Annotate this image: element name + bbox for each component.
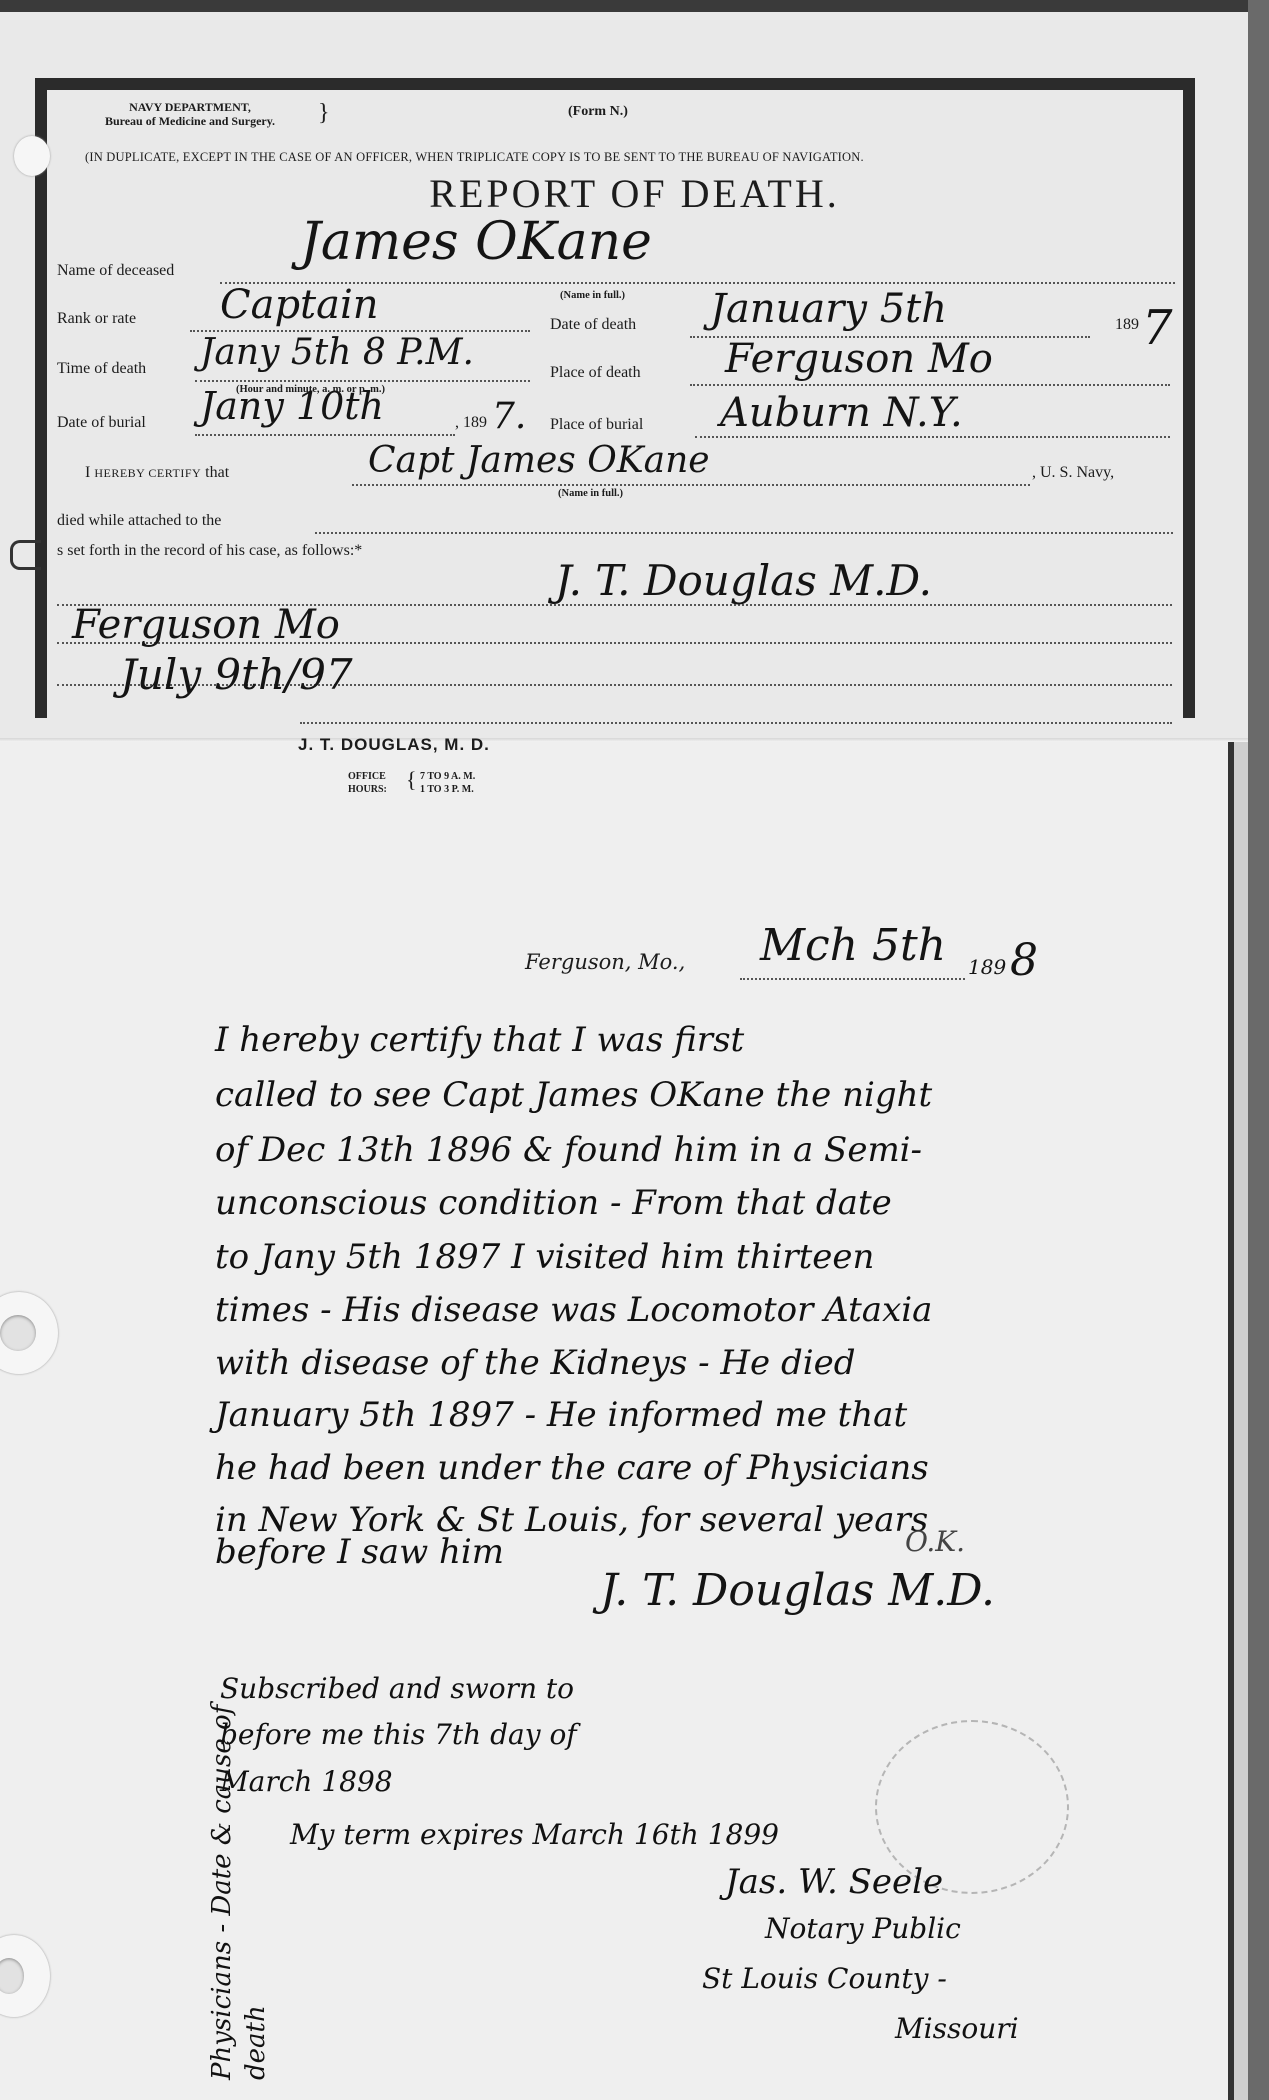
certify-name-value[interactable]: Capt James OKane (368, 440, 710, 481)
office-hours-label: OFFICE HOURS: (348, 770, 387, 796)
letter-line: he had been under the care of Physicians (215, 1448, 929, 1488)
page-fold (0, 738, 1248, 742)
date-of-burial-year-hand[interactable]: 7. (492, 396, 526, 437)
attached-to-label: died while attached to the (57, 512, 221, 530)
letter-signature[interactable]: J. T. Douglas M.D. (600, 1565, 995, 1616)
form-title: REPORT OF DEATH. (0, 170, 1269, 217)
letter-line: to Jany 5th 1897 I visited him thirteen (215, 1237, 874, 1277)
time-of-death-label: Time of death (57, 360, 146, 378)
notary-signature[interactable]: Jas. W. Seele (725, 1862, 943, 1902)
office-hours-brace: { (406, 768, 417, 792)
record-line-4 (300, 722, 1172, 724)
letter-year-print: 189 (968, 955, 1006, 979)
letter-place: Ferguson, Mo., (525, 950, 685, 974)
date-of-death-year-print: 189 (1115, 316, 1139, 334)
form-place-note[interactable]: Ferguson Mo (72, 602, 340, 648)
record-of-case-label: s set forth in the record of his case, a… (57, 542, 362, 560)
afternoon-hours: 1 TO 3 P. M. (420, 783, 475, 796)
notary-county: St Louis County - (702, 1962, 947, 1995)
lower-page-edge (1228, 740, 1248, 2100)
certify-i: I (85, 464, 90, 481)
form-date-note[interactable]: July 9th/97 (120, 650, 353, 699)
place-of-death-value[interactable]: Ferguson Mo (725, 336, 993, 382)
paper-clip (10, 540, 41, 570)
margin-note-line-2: death (239, 1705, 273, 2080)
letter-line: times - His disease was Locomotor Ataxia (215, 1290, 932, 1330)
certify-that: that (205, 464, 229, 481)
date-of-death-value[interactable]: January 5th (710, 286, 947, 332)
notary-title: Notary Public (765, 1912, 961, 1945)
rank-value[interactable]: Captain (220, 282, 379, 328)
name-of-deceased-label: Name of deceased (57, 262, 174, 280)
letter-line: January 5th 1897 - He informed me that (215, 1395, 907, 1435)
notary-line: Subscribed and sworn to (220, 1672, 574, 1705)
time-of-death-value[interactable]: Jany 5th 8 P.M. (200, 332, 474, 373)
header-brace: } (318, 100, 330, 126)
place-of-burial-label: Place of burial (550, 416, 643, 434)
name-of-deceased-value[interactable]: James OKane (300, 212, 652, 272)
form-number: (Form N.) (568, 104, 628, 120)
office-label: OFFICE (348, 770, 387, 783)
notary-state: Missouri (895, 2012, 1019, 2045)
certify-caps: HEREBY CERTIFY (94, 466, 201, 480)
attached-to-line (315, 532, 1173, 534)
date-of-death-year-hand[interactable]: 7 (1142, 300, 1173, 356)
scan-right-edge (1248, 0, 1269, 2100)
letter-year-hand[interactable]: 8 (1010, 935, 1038, 986)
morning-hours: 7 TO 9 A. M. (420, 770, 475, 783)
notary-term-expiry: My term expires March 16th 1899 (290, 1818, 779, 1851)
punch-hole (0, 1315, 36, 1351)
place-of-death-label: Place of death (550, 364, 641, 382)
letter-line: unconscious condition - From that date (215, 1183, 892, 1223)
certify-prefix: I HEREBY CERTIFY that (85, 464, 229, 482)
scan-top-edge (0, 0, 1269, 12)
certify-name-line (352, 484, 1030, 486)
letter-date-line (740, 978, 965, 980)
form-header-department: NAVY DEPARTMENT, Bureau of Medicine and … (60, 100, 320, 128)
bureau-name: Bureau of Medicine and Surgery. (60, 114, 320, 128)
letterhead-name: J. T. DOUGLAS, M. D. (298, 735, 490, 755)
place-of-burial-line (695, 436, 1170, 438)
letter-line: before I saw him (215, 1532, 504, 1572)
us-navy-suffix: , U. S. Navy, (1032, 464, 1114, 482)
date-of-burial-label: Date of burial (57, 414, 146, 432)
duplicate-instructions: (IN DUPLICATE, EXCEPT IN THE CASE OF AN … (85, 150, 864, 165)
date-of-burial-line (195, 434, 455, 436)
letter-line: with disease of the Kidneys - He died (215, 1343, 855, 1383)
notary-line: before me this 7th day of (220, 1718, 577, 1751)
date-of-death-label: Date of death (550, 316, 636, 334)
margin-note: Physicians - Date & cause of death (205, 1705, 273, 2080)
name-in-full-hint: (Name in full.) (560, 290, 625, 301)
department-name: NAVY DEPARTMENT, (60, 100, 320, 114)
date-of-burial-value[interactable]: Jany 10th (200, 384, 384, 428)
certify-name-hint: (Name in full.) (558, 488, 623, 499)
office-hours-values: 7 TO 9 A. M. 1 TO 3 P. M. (420, 770, 475, 796)
place-of-death-line (690, 384, 1170, 386)
margin-note-line-1: Physicians - Date & cause of (205, 1705, 239, 2080)
form-physician-signature[interactable]: J. T. Douglas M.D. (555, 556, 932, 605)
letter-line: called to see Capt James OKane the night (215, 1075, 932, 1115)
initials-mark: O.K. (905, 1525, 965, 1558)
rank-label: Rank or rate (57, 310, 136, 328)
letter-line: I hereby certify that I was first (215, 1020, 744, 1060)
place-of-burial-value[interactable]: Auburn N.Y. (720, 390, 963, 436)
time-of-death-line (195, 380, 530, 382)
hours-label: HOURS: (348, 783, 387, 796)
letter-line: of Dec 13th 1896 & found him in a Semi- (215, 1130, 922, 1170)
date-of-burial-year-print: , 189 (455, 414, 487, 432)
letter-date-value[interactable]: Mch 5th (760, 920, 946, 971)
